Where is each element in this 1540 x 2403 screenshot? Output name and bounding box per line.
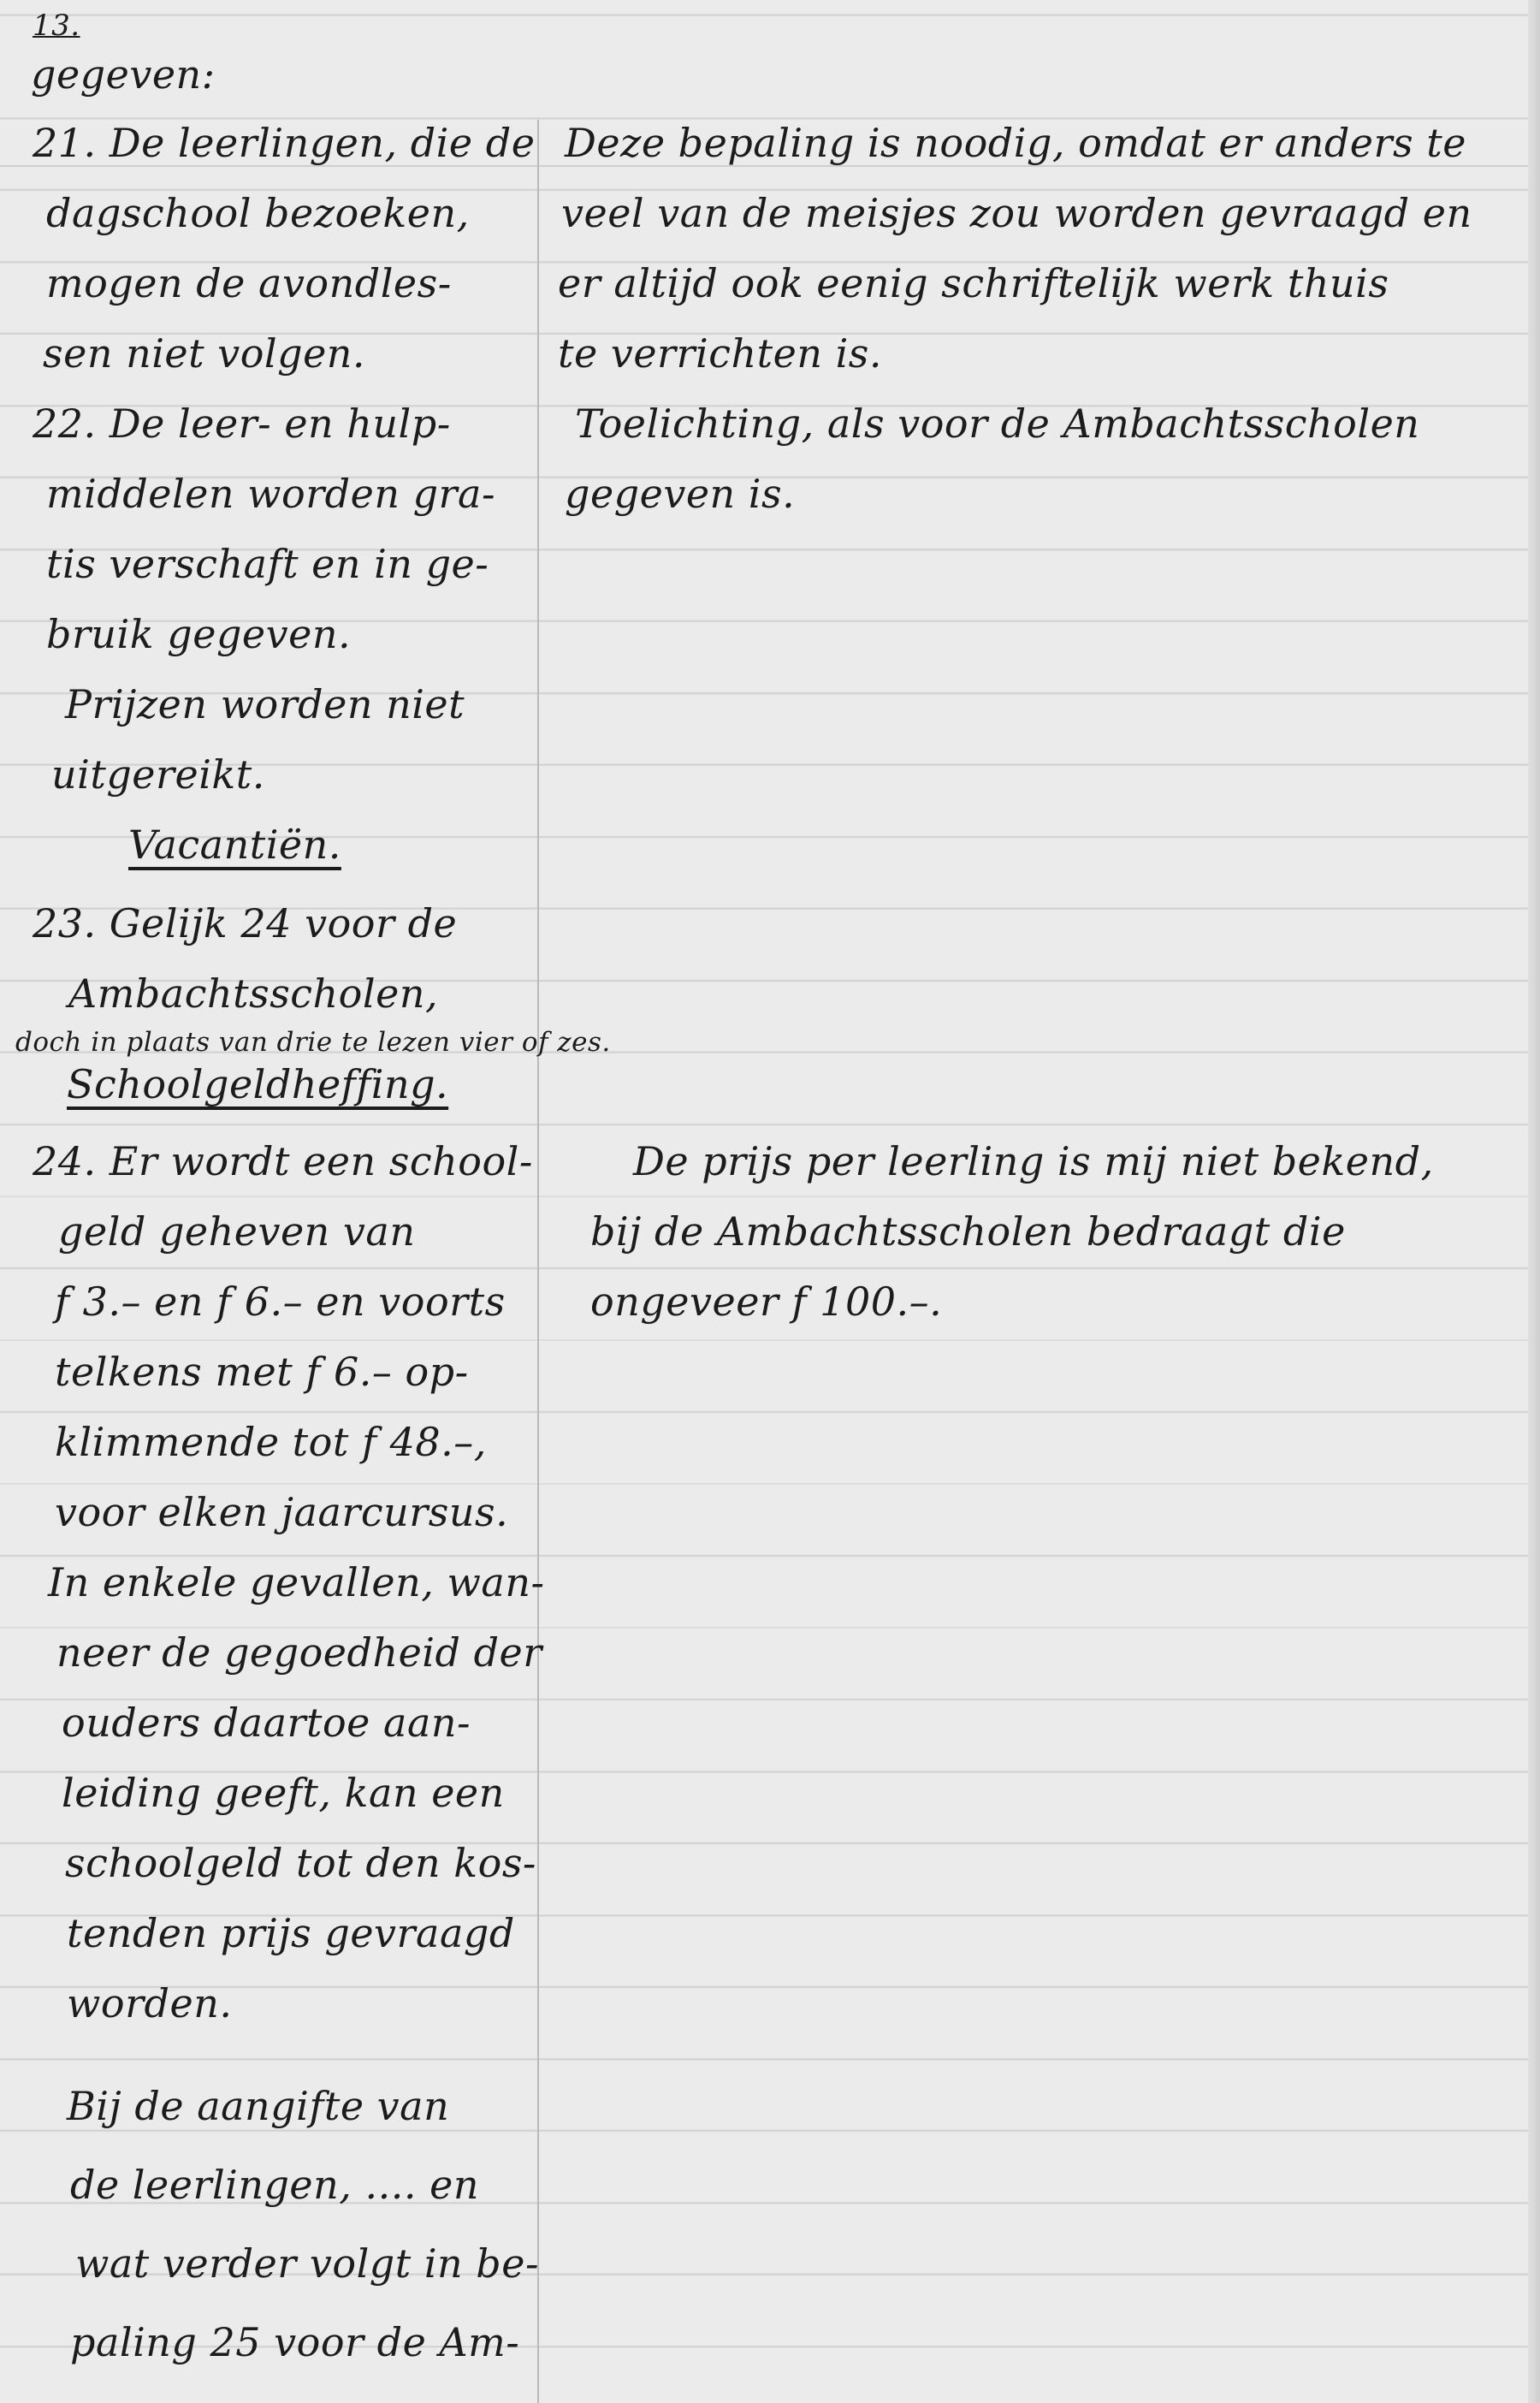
note-line: te verrichten is. (558, 330, 882, 377)
article-line: tis verschaft en in ge- (46, 541, 489, 587)
page-edge-shadow (1528, 0, 1540, 2403)
article-line: 23. Gelijk 24 voor de (33, 900, 457, 946)
section-heading-vacations: Vacantiën. (128, 822, 341, 868)
article-line: f 3.– en f 6.– en voorts (55, 1279, 506, 1325)
article-line: In enkele gevallen, wan- (48, 1559, 545, 1605)
note-line: gegeven is. (565, 471, 795, 517)
article-line: 22. De leer- en hulp- (33, 400, 451, 447)
article-annotation: doch in plaats van drie te lezen vier of… (15, 1027, 611, 1058)
note-line: bij de Ambachtsscholen bedraagt die (590, 1208, 1346, 1255)
article-line: tenden prijs gevraagd (67, 1910, 515, 1956)
section-heading-school-fees: Schoolgeldheffing. (67, 1061, 448, 1107)
article-line: geld geheven van (58, 1208, 415, 1255)
column-divider (537, 120, 539, 2403)
article-line: de leerlingen, .... en (70, 2162, 479, 2208)
article-line: telkens met f 6.– op- (55, 1349, 469, 1395)
article-line: Bij de aangifte van (67, 2083, 449, 2129)
article-line: worden. (67, 1980, 232, 2026)
article-line: neer de gegoedheid der (56, 1629, 542, 1676)
note-line: Toelichting, als voor de Ambachtsscholen (575, 400, 1419, 447)
note-line: De prijs per leerling is mij niet bekend… (633, 1138, 1434, 1184)
article-line: dagschool bezoeken, (46, 190, 470, 236)
article-line: Prijzen worden niet (65, 681, 465, 727)
article-line: middelen worden gra- (46, 471, 495, 517)
page-number: 13. (33, 9, 80, 43)
manuscript-page: 13. gegeven: 21. De leerlingen, die de d… (0, 0, 1540, 2403)
article-line: bruik gegeven. (46, 611, 351, 657)
article-line: leiding geeft, kan een (62, 1770, 505, 1816)
note-line: Deze bepaling is noodig, omdat er anders… (565, 120, 1466, 166)
article-line: mogen de avondles- (46, 260, 452, 306)
article-line: schoolgeld tot den kos- (65, 1840, 536, 1886)
article-line: uitgereikt. (51, 751, 265, 798)
article-line: 24. Er wordt een school- (33, 1138, 533, 1184)
article-line: voor elken jaarcursus. (55, 1489, 508, 1535)
note-line: er altijd ook eenig schriftelijk werk th… (558, 260, 1389, 306)
article-line: wat verder volgt in be- (75, 2240, 539, 2287)
carryover-text: gegeven: (31, 51, 216, 98)
article-line: ouders daartoe aan- (62, 1700, 471, 1746)
article-line: sen niet volgen. (43, 330, 365, 377)
article-line: klimmende tot f 48.–, (55, 1419, 487, 1465)
note-line: veel van de meisjes zou worden gevraagd … (561, 190, 1472, 236)
article-line: Ambachtsscholen, (68, 970, 438, 1017)
article-line: paling 25 voor de Am- (70, 2319, 519, 2365)
note-line: ongeveer f 100.–. (590, 1279, 942, 1325)
article-line: 21. De leerlingen, die de (33, 120, 535, 166)
